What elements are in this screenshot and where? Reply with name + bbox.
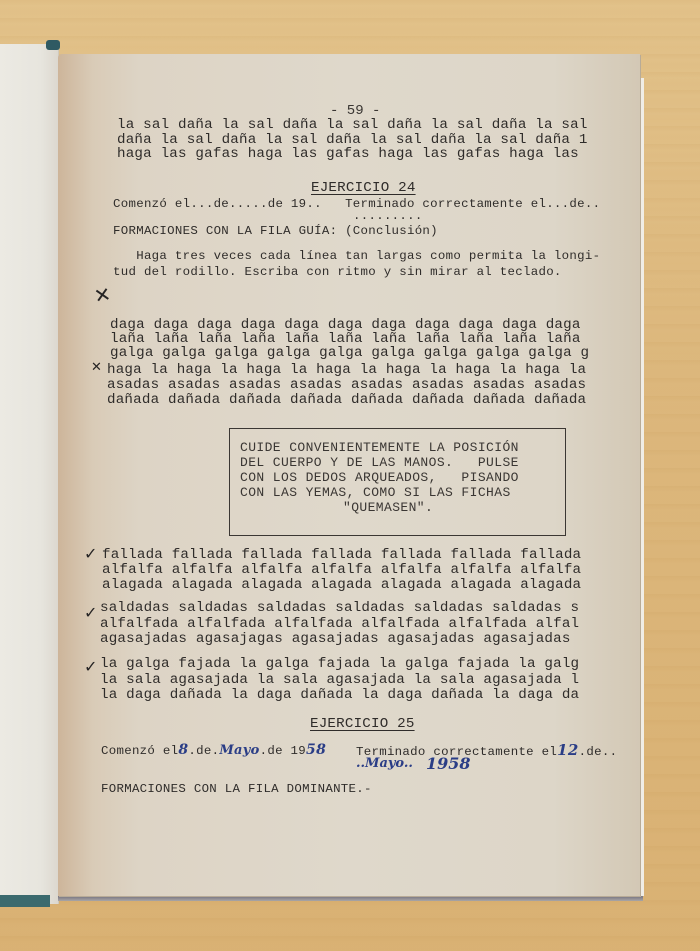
instructions-line: Haga tres veces cada línea tan largas co… [113, 248, 600, 264]
drill-line: haga las gafas haga las gafas haga las g… [117, 146, 579, 162]
handwritten-day: 8 [178, 742, 188, 758]
handwritten-check-icon: ✕ [91, 360, 102, 375]
drill-line: haga la haga la haga la haga la haga la … [107, 362, 586, 378]
notice-line: "QUEMASEN". [343, 500, 433, 515]
drill-line: agasajadas agasajagas agasajadas agasaja… [100, 631, 571, 647]
drill-line: asadas asadas asadas asadas asadas asada… [107, 377, 586, 393]
exercise-25-title: EJERCICIO 25 [310, 716, 415, 732]
drill-line: alfalfa alfalfa alfalfa alfalfa alfalfa … [102, 562, 581, 578]
started-label: Comenzó el [101, 744, 178, 758]
drill-line: saldadas saldadas saldadas saldadas sald… [100, 600, 579, 616]
section-title-fila-dominante: FORMACIONES CON LA FILA DOMINANTE.- [101, 781, 372, 797]
exercise-24-dates-cont: ......... [353, 208, 423, 224]
drill-line: dañada dañada dañada dañada dañada dañad… [107, 392, 586, 408]
handwritten-check-icon: ✕ [92, 282, 113, 309]
exercise-24-title: EJERCICIO 24 [311, 180, 416, 196]
handwritten-check-icon: ✓ [84, 657, 97, 676]
handwritten-check-icon: ✓ [84, 603, 97, 622]
drill-line: la sala agasajada la sala agasajada la s… [100, 672, 579, 688]
drill-line: la galga fajada la galga fajada la galga… [100, 656, 579, 672]
finished-suffix: .de.. [579, 745, 618, 759]
notice-line: CON LAS YEMAS, COMO SI LAS FICHAS [240, 485, 511, 500]
handwritten-check-icon: ✓ [84, 544, 97, 563]
page-content: - 59 - la sal daña la sal daña la sal da… [0, 0, 700, 951]
drill-line: la sal daña la sal daña la sal daña la s… [117, 117, 588, 133]
drill-line: fallada fallada fallada fallada fallada … [102, 547, 581, 563]
notice-line: CON LOS DEDOS ARQUEADOS, PISANDO [240, 470, 519, 485]
notice-line: DEL CUERPO Y DE LAS MANOS. PULSE [240, 455, 519, 470]
drill-line: alfalfada alfalfada alfalfada alfalfada … [100, 616, 579, 632]
handwritten-month: Mayo [219, 743, 259, 758]
section-title-fila-guia: FORMACIONES CON LA FILA GUÍA: (Conclusió… [113, 223, 438, 239]
started-year-prefix: .de 19 [260, 744, 306, 758]
drill-line: galga galga galga galga galga galga galg… [110, 345, 589, 361]
started-mid: .de. [188, 744, 219, 758]
exercise-25-started: Comenzó el8.de.Mayo.de 1958 [101, 742, 326, 759]
drill-line: la daga dañada la daga dañada la daga da… [100, 687, 579, 703]
handwritten-finished-month: ..Mayo.. [356, 756, 413, 771]
notice-line: CUIDE CONVENIENTEMENTE LA POSICIÓN [240, 440, 519, 455]
instructions-line: tud del rodillo. Escriba con ritmo y sin… [113, 264, 562, 280]
drill-line: alagada alagada alagada alagada alagada … [102, 577, 581, 593]
handwritten-finished-year: 1958 [426, 754, 471, 773]
handwritten-finished-day: 12 [557, 741, 578, 759]
handwritten-year: 58 [306, 742, 326, 758]
